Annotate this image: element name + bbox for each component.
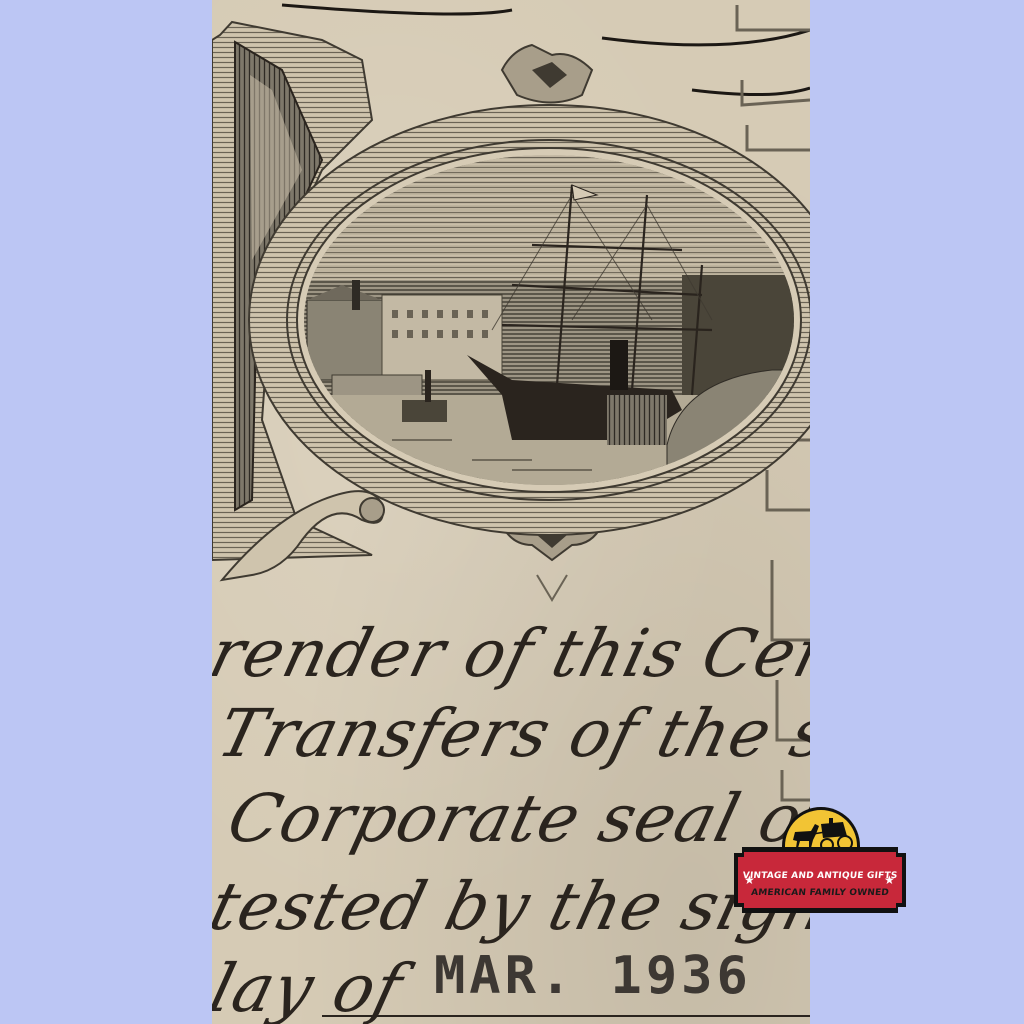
badge-title: VINTAGE AND ANTIQUE GIFTS xyxy=(733,871,906,881)
certificate-text-line: tested by the signatures xyxy=(212,868,810,945)
certificate-text-line: render of this Certificate xyxy=(212,615,810,692)
date-stamp: MAR. 1936 xyxy=(434,946,752,1006)
certificate-photo: render of this Certificate Transfers of … xyxy=(212,0,810,1024)
certificate-text-line: lay of xyxy=(212,950,410,1024)
certificate-text-line: Transfers of the said xyxy=(212,695,810,772)
store-badge: ★ ★ VINTAGE AND ANTIQUE GIFTS AMERICAN F… xyxy=(734,807,906,913)
badge-subtitle: AMERICAN FAMILY OWNED xyxy=(733,888,906,898)
certificate-text-line: Corporate seal of the xyxy=(220,780,810,857)
date-underline xyxy=(322,1015,810,1017)
